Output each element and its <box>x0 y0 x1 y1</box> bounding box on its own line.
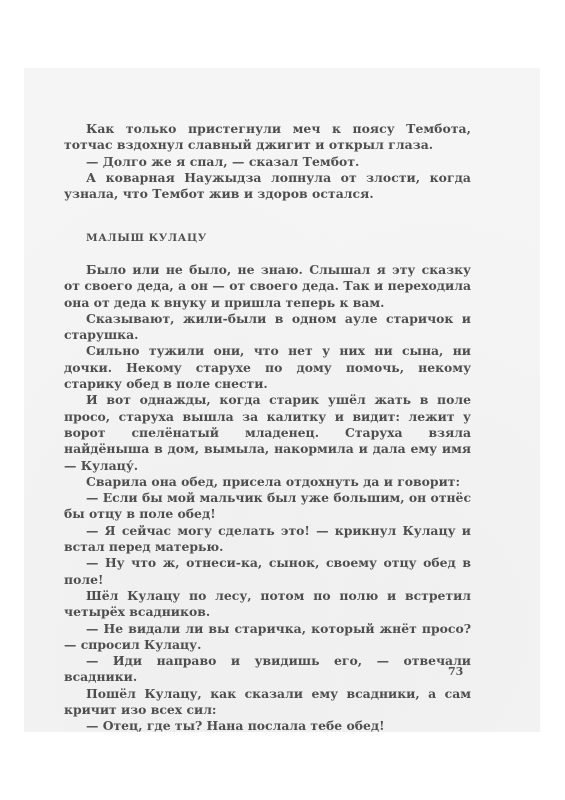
paragraph: Пошёл Кулацу, как сказали ему всадники, … <box>64 686 471 719</box>
paragraph: — Иди направо и увидишь его, — отвечали … <box>64 653 471 686</box>
section-title: МАЛЫШ КУЛАЦУ <box>86 232 207 244</box>
paragraph: — Ну что ж, отнеси-ка, сынок, своему отц… <box>64 555 471 588</box>
paragraph: А коварная Наужыдза лопнула от злости, к… <box>64 170 471 203</box>
paragraph: — Отец, где ты? Нана послала тебе обед! <box>64 718 471 734</box>
paragraph: Сказывают, жили-были в одном ауле старич… <box>64 311 471 344</box>
paragraph: Шёл Кулацу по лесу, потом по полю и встр… <box>64 588 471 621</box>
paragraph: — Если бы мой мальчик был уже большим, о… <box>64 490 471 523</box>
paragraph: — Я сейчас могу сделать это! — крикнул К… <box>64 523 471 556</box>
paragraph: И вот однажды, когда старик ушёл жать в … <box>64 392 471 473</box>
paragraph: — Не видали ли вы старичка, который жнёт… <box>64 621 471 654</box>
paragraph: Было или не было, не знаю. Слышал я эту … <box>64 262 471 311</box>
story-text: Было или не было, не знаю. Слышал я эту … <box>64 262 471 735</box>
intro-text: Как только пристегнули меч к поясу Тембо… <box>64 121 471 202</box>
paragraph: Как только пристегнули меч к поясу Тембо… <box>64 121 471 154</box>
page-number: 73 <box>448 665 463 678</box>
paragraph: — Долго же я спал, — сказал Тембот. <box>64 154 471 170</box>
paragraph: Сильно тужили они, что нет у них ни сына… <box>64 343 471 392</box>
paragraph: Сварила она обед, присела отдохнуть да и… <box>64 474 471 490</box>
